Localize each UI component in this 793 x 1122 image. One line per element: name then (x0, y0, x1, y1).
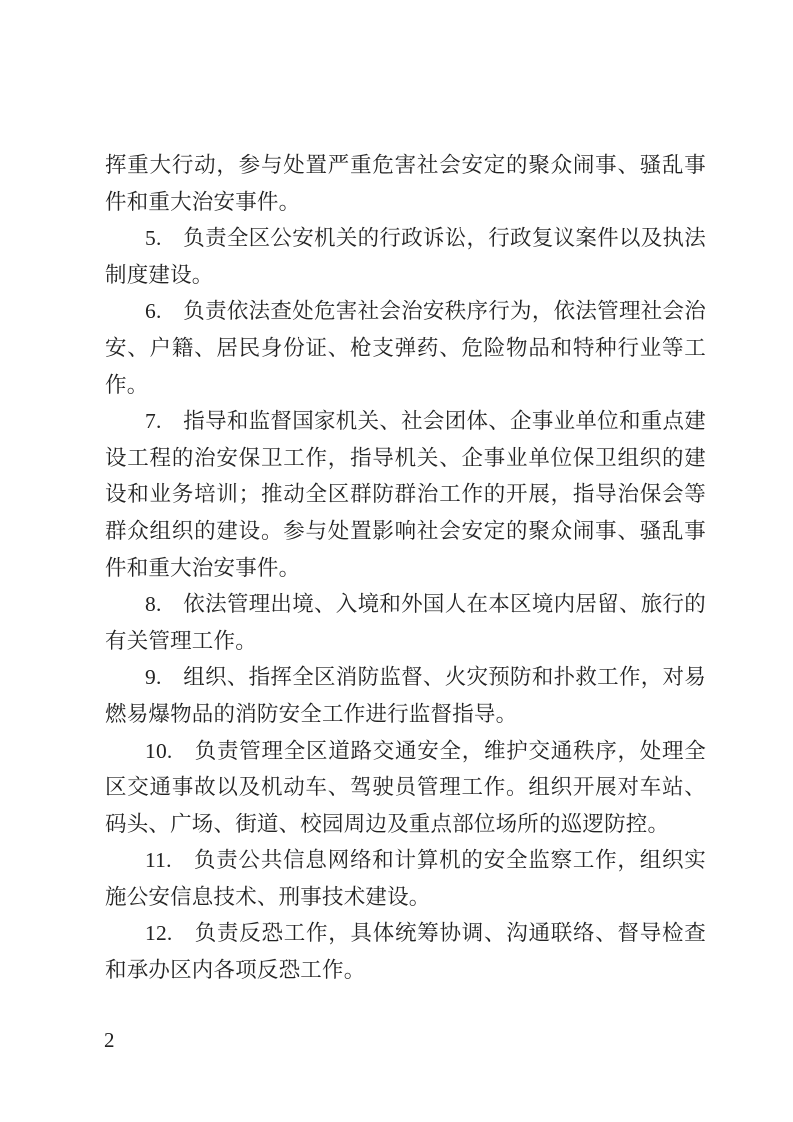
paragraph-item-12: 12. 负责反恐工作，具体统筹协调、沟通联络、督导检查和承办区内各项反恐工作。 (105, 915, 706, 988)
paragraph-item-6: 6. 负责依法查处危害社会治安秩序行为，依法管理社会治安、户籍、居民身份证、枪支… (105, 293, 706, 403)
paragraph-item-5: 5. 负责全区公安机关的行政诉讼，行政复议案件以及执法制度建设。 (105, 220, 706, 293)
document-page: { "document": { "kind": "scanned-governm… (0, 0, 793, 1122)
page: 挥重大行动，参与处置严重危害社会安定的聚众闹事、骚乱事件和重大治安事件。 5. … (0, 0, 793, 1122)
paragraph-item-10: 10. 负责管理全区道路交通安全，维护交通秩序，处理全区交通事故以及机动车、驾驶… (105, 733, 706, 843)
paragraph-item-9: 9. 组织、指挥全区消防监督、火灾预防和扑救工作，对易燃易爆物品的消防安全工作进… (105, 659, 706, 732)
paragraph-item-7: 7. 指导和监督国家机关、社会团体、企事业单位和重点建设工程的治安保卫工作，指导… (105, 403, 706, 586)
paragraph-item-8: 8. 依法管理出境、入境和外国人在本区境内居留、旅行的有关管理工作。 (105, 586, 706, 659)
page-number: 2 (104, 1026, 115, 1054)
paragraph-item-11: 11. 负责公共信息网络和计算机的安全监察工作，组织实施公安信息技术、刑事技术建… (105, 842, 706, 915)
document-body: 挥重大行动，参与处置严重危害社会安定的聚众闹事、骚乱事件和重大治安事件。 5. … (105, 147, 706, 989)
paragraph-continuation: 挥重大行动，参与处置严重危害社会安定的聚众闹事、骚乱事件和重大治安事件。 (105, 147, 706, 220)
